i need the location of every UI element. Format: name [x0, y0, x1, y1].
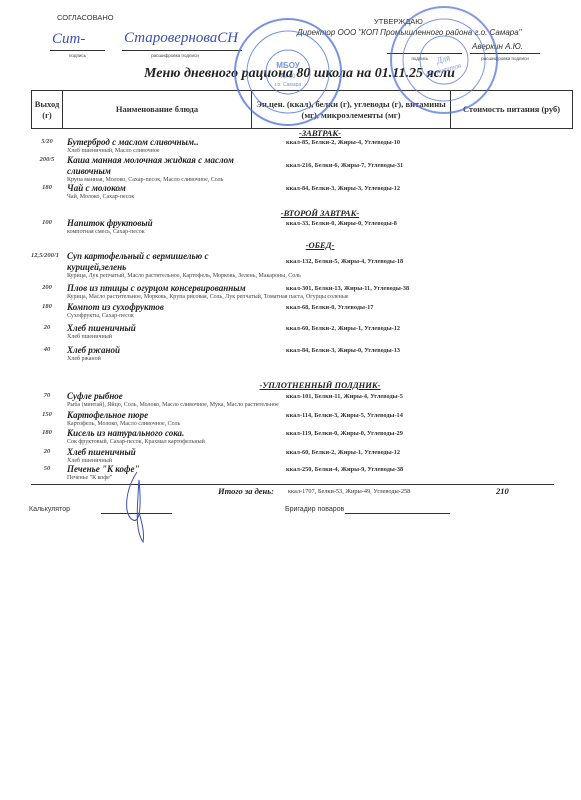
item-yield: 20	[29, 448, 65, 455]
dish-nutrition: ккал-301, Белки-13, Жиры-11, Углеводы-38	[286, 285, 409, 292]
svg-text:МБОУ: МБОУ	[276, 61, 300, 70]
dish-ingredients: Печенье "К кофе"	[67, 475, 112, 483]
total-nutrition: ккал-1707, Белки-53, Жиры-49, Углеводы-2…	[288, 488, 410, 495]
item-yield: 180	[29, 184, 65, 191]
calculator-signature-icon	[115, 470, 165, 545]
dish-name: Каша манная молочная жидкая с маслом сли…	[67, 155, 267, 177]
item-yield: 5/20	[29, 138, 65, 145]
dish-name: Суп картофельный с вермишелью с курицей,…	[67, 251, 267, 273]
dish-ingredients: Хлеб ржаной	[67, 356, 101, 364]
dish-nutrition: ккал-60, Белки-2, Жиры-1, Углеводы-12	[286, 449, 400, 456]
total-label: Итого за день:	[218, 486, 274, 496]
item-yield: 200/5	[29, 156, 65, 163]
item-yield: 50	[29, 465, 65, 472]
item-yield: 40	[29, 346, 65, 353]
item-yield: 200	[29, 284, 65, 291]
dish-nutrition: ккал-84, Белки-3, Жиры-3, Углеводы-12	[286, 185, 400, 192]
section-title: -ОБЕД-	[200, 240, 440, 250]
dish-nutrition: ккал-216, Белки-6, Жиры-7, Углеводы-31	[286, 162, 403, 169]
dish-nutrition: ккал-114, Белки-3, Жиры-5, Углеводы-14	[286, 412, 403, 419]
dish-nutrition: ккал-33, Белки-0, Жиры-0, Углеводы-8	[286, 220, 397, 227]
dish-ingredients: Рыба (минтай), Яйцо, Соль, Молоко, Масло…	[67, 402, 279, 410]
school-stamp-icon: МБОУ № 80 г.о. Самара	[232, 16, 344, 128]
item-yield: 20	[29, 324, 65, 331]
dish-nutrition: ккал-85, Белки-2, Жиры-4, Углеводы-10	[286, 139, 400, 146]
svg-text:№ 80: № 80	[281, 73, 296, 80]
chef-label: Бригадир поваров	[285, 506, 344, 513]
chef-sign-line	[345, 513, 450, 514]
dish-ingredients: Чай, Молоко, Сахар-песок	[67, 194, 134, 202]
svg-text:г.о. Самара: г.о. Самара	[275, 82, 302, 88]
company-stamp-icon: Для документов	[388, 4, 500, 116]
dish-nutrition: ккал-101, Белки-11, Жиры-4, Углеводы-5	[286, 393, 403, 400]
dish-nutrition: ккал-60, Белки-2, Жиры-1, Углеводы-12	[286, 325, 400, 332]
item-yield: 150	[29, 411, 65, 418]
dish-ingredients: Сухофрукты, Сахар-песок	[67, 313, 134, 321]
section-title: -УПЛОТНЕННЫЙ ПОЛДНИК-	[200, 380, 440, 390]
item-yield: 100	[29, 219, 65, 226]
dish-nutrition: ккал-119, Белки-0, Жиры-0, Углеводы-29	[286, 430, 403, 437]
item-yield: 70	[29, 392, 65, 399]
item-yield: 180	[29, 429, 65, 436]
dish-nutrition: ккал-250, Белки-4, Жиры-9, Углеводы-38	[286, 466, 403, 473]
calculator-label: Калькулятор	[29, 506, 70, 513]
dish-ingredients: Курица, Масло растительное, Морковь, Кру…	[67, 294, 349, 302]
item-yield: 12,5/200/1	[25, 252, 65, 259]
item-yield: 180	[29, 303, 65, 310]
dish-ingredients: компотная смесь, Сахар-песок	[67, 229, 145, 237]
dish-nutrition: ккал-84, Белки-3, Жиры-0, Углеводы-13	[286, 347, 400, 354]
total-divider	[31, 484, 554, 485]
dish-nutrition: ккал-68, Белки-0, Углеводы-17	[286, 304, 373, 311]
dish-nutrition: ккал-132, Белки-5, Жиры-4, Углеводы-18	[286, 258, 403, 265]
dish-ingredients: Сок фруктовый, Сахар-песок, Крахмал карт…	[67, 439, 205, 447]
dish-ingredients: Хлеб пшеничный	[67, 334, 112, 342]
dish-ingredients: Курица, Лук репчатый, Масло растительное…	[67, 273, 301, 281]
total-cost: 210	[496, 486, 509, 496]
section-title: -ВТОРОЙ ЗАВТРАК-	[200, 208, 440, 218]
